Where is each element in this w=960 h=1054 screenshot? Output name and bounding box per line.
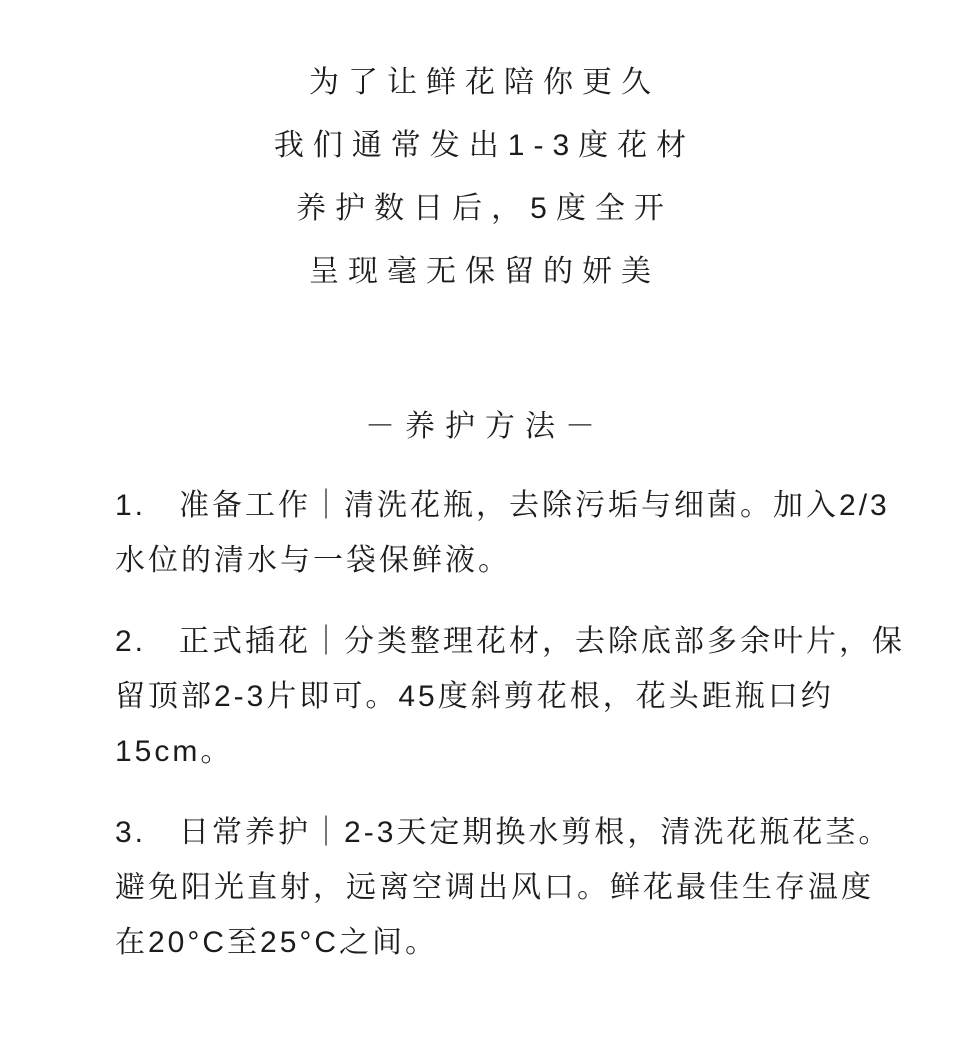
care-step-1-line-2: 水位的清水与一袋保鲜液。 xyxy=(115,533,895,588)
intro-line-4: 呈现毫无保留的妍美 xyxy=(0,240,960,303)
care-step-3-line-2: 避免阳光直射，远离空调出风口。鲜花最佳生存温度 xyxy=(115,860,895,915)
care-steps: 1. 准备工作｜清洗花瓶，去除污垢与细菌。加入2/3 水位的清水与一袋保鲜液。 … xyxy=(115,478,895,996)
intro-line-3: 养护数日后，5度全开 xyxy=(0,177,960,240)
intro-line-1: 为了让鲜花陪你更久 xyxy=(0,51,960,114)
flower-care-page: 为了让鲜花陪你更久 我们通常发出1-3度花材 养护数日后，5度全开 呈现毫无保留… xyxy=(0,0,960,1054)
care-step-3: 3. 日常养护｜2-3天定期换水剪根，清洗花瓶花茎。 避免阳光直射，远离空调出风… xyxy=(115,805,895,970)
care-method-title: －养护方法－ xyxy=(0,395,960,458)
intro-text: 为了让鲜花陪你更久 我们通常发出1-3度花材 养护数日后，5度全开 呈现毫无保留… xyxy=(0,51,960,303)
care-step-2: 2. 正式插花｜分类整理花材，去除底部多余叶片，保 留顶部2-3片即可。45度斜… xyxy=(115,614,895,779)
care-step-1-line-1: 1. 准备工作｜清洗花瓶，去除污垢与细菌。加入2/3 xyxy=(115,478,895,533)
care-step-2-line-2: 留顶部2-3片即可。45度斜剪花根，花头距瓶口约 xyxy=(115,669,895,724)
care-step-3-line-3: 在20°C至25°C之间。 xyxy=(115,915,895,970)
care-step-2-line-3: 15cm。 xyxy=(115,724,895,779)
care-step-2-line-1: 2. 正式插花｜分类整理花材，去除底部多余叶片，保 xyxy=(115,614,895,669)
care-step-3-line-1: 3. 日常养护｜2-3天定期换水剪根，清洗花瓶花茎。 xyxy=(115,805,895,860)
care-step-1: 1. 准备工作｜清洗花瓶，去除污垢与细菌。加入2/3 水位的清水与一袋保鲜液。 xyxy=(115,478,895,588)
intro-line-2: 我们通常发出1-3度花材 xyxy=(0,114,960,177)
